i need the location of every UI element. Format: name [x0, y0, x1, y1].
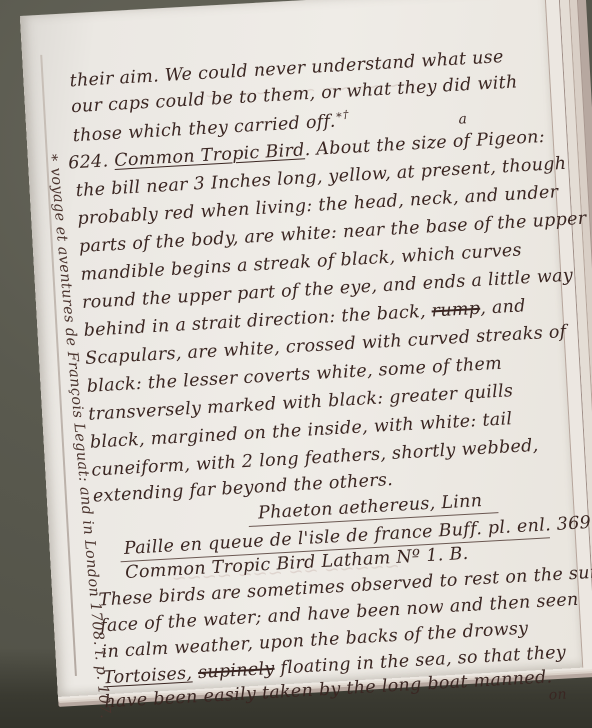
catchword: on	[548, 687, 567, 704]
entry-title: Common Tropic Bird	[114, 140, 305, 171]
caret-insertion: a	[458, 111, 468, 127]
entry-number: 624.	[68, 151, 109, 173]
text-span: , and	[480, 296, 527, 319]
footnote-marker: ∗†	[335, 108, 349, 122]
entry-heading-rest: . About the size of Pigeon:	[304, 127, 545, 160]
struck-word: rump	[431, 299, 481, 322]
struck-word: supinely	[198, 659, 276, 683]
manuscript-page: ~~ ~~~~ ~~~~~ ~~ ~~~~~ ~~ ~~~ ~~~~ their…	[20, 0, 583, 697]
manuscript-book: ~~ ~~~~ ~~~~~ ~~ ~~~~~ ~~ ~~~ ~~~~ their…	[20, 0, 592, 703]
text-span: Tortoises,	[103, 663, 193, 688]
